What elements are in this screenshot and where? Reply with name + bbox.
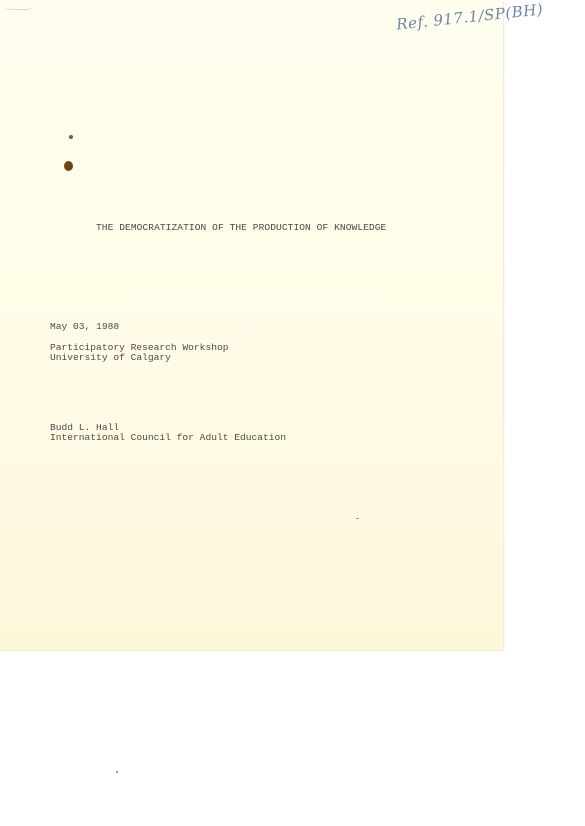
punch-hole-mark-large bbox=[64, 161, 73, 171]
document-title: THE DEMOCRATIZATION OF THE PRODUCTION OF… bbox=[96, 223, 386, 233]
punch-hole-mark-small bbox=[69, 135, 73, 139]
scanned-page: Ref. 917.1/SP(BH) THE DEMOCRATIZATION OF… bbox=[0, 0, 503, 650]
author-organization: International Council for Adult Educatio… bbox=[50, 433, 286, 443]
scan-speck bbox=[116, 771, 118, 773]
handwritten-reference-number: Ref. 917.1/SP(BH) bbox=[395, 0, 543, 33]
institution-name: University of Calgary bbox=[50, 353, 171, 363]
corner-smudge bbox=[4, 3, 34, 10]
paper-speck bbox=[356, 518, 359, 519]
document-date: May 03, 1988 bbox=[50, 322, 119, 332]
